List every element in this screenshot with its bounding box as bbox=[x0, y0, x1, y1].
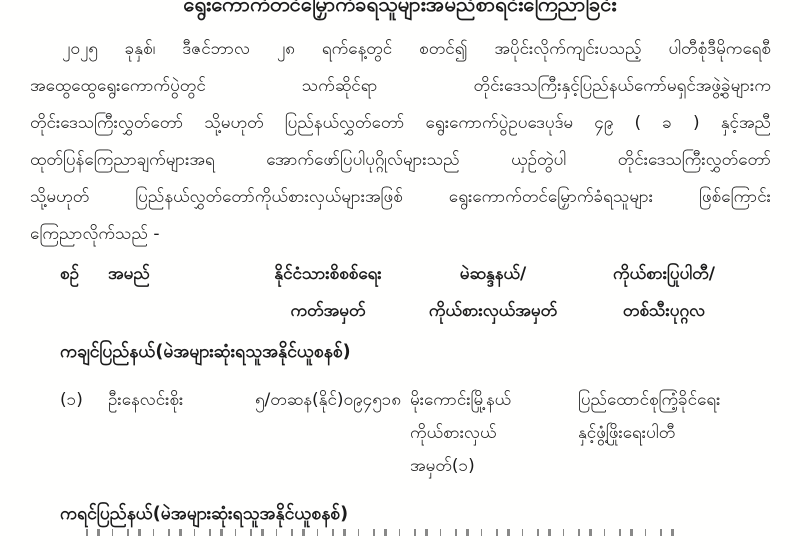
row-name: ဦးနေလင်းစိုး bbox=[108, 384, 248, 483]
announcement-paragraph: ၂၀၂၅ ခုနှစ်၊ ဒီဇင်ဘာလ ၂၈ ရက်နေ့တွင် စတင်… bbox=[30, 31, 771, 253]
row-nrc-number: ၅/တဆန(နိုင်)၀၉၄၅၁၈ bbox=[248, 384, 408, 483]
row-party-line1: ပြည်ထောင်စုကြံ့ခိုင်ရေး bbox=[578, 384, 750, 417]
row-no: (၁) bbox=[60, 384, 108, 483]
clipped-text-line bbox=[86, 529, 684, 536]
section-heading-kachin-state: ကချင်ပြည်နယ်(မဲအများဆုံးရသူအနိုင်ယူစနစ်) bbox=[60, 340, 351, 366]
row-party: ပြည်ထောင်စုကြံ့ခိုင်ရေး နှင့်ဖွံ့ဖြိုးရေ… bbox=[578, 384, 750, 483]
row-constituency-line1: မိုးကောင်းမြို့နယ် bbox=[410, 384, 578, 417]
document-page: ရွေးကောက်တင်မြှောက်ခံရသူများအမည်စာရင်းကြ… bbox=[0, 0, 800, 550]
header-no: စဉ် bbox=[60, 256, 108, 330]
header-nrc-line2: ကတ်အမှတ် bbox=[248, 293, 408, 330]
section-heading-kayin-state: ကရင်ပြည်နယ်(မဲအများဆုံးရသူအနိုင်ယူစနစ်) bbox=[60, 502, 348, 528]
header-party-line2: တစ်သီးပုဂ္ဂလ bbox=[578, 293, 750, 330]
header-constituency-line1: မဲဆန္ဒနယ်/ bbox=[408, 256, 578, 293]
header-party: ကိုယ်စားပြုပါတီ/ တစ်သီးပုဂ္ဂလ bbox=[578, 256, 750, 330]
header-constituency-line2: ကိုယ်စားလှယ်အမှတ် bbox=[408, 293, 578, 330]
header-nrc-line1: နိုင်ငံသားစိစစ်ရေး bbox=[248, 256, 408, 293]
document-title: ရွေးကောက်တင်မြှောက်ခံရသူများအမည်စာရင်းကြ… bbox=[0, 0, 800, 21]
row-constituency: မိုးကောင်းမြို့နယ် ကိုယ်စားလှယ် အမှတ်(၁) bbox=[408, 384, 578, 483]
header-nrc: နိုင်ငံသားစိစစ်ရေး ကတ်အမှတ် bbox=[248, 256, 408, 330]
paragraph-line: ကြေညာလိုက်သည် - bbox=[30, 216, 771, 253]
paragraph-line: သို့မဟုတ် ပြည်နယ်လွှတ်တော်ကိုယ်စားလှယ်မျ… bbox=[30, 179, 771, 216]
header-constituency: မဲဆန္ဒနယ်/ ကိုယ်စားလှယ်အမှတ် bbox=[408, 256, 578, 330]
paragraph-line: အထွေထွေရွေးကောက်ပွဲတွင် သက်ဆိုင်ရာ တိုင်… bbox=[30, 68, 771, 105]
table-row: (၁) ဦးနေလင်းစိုး ၅/တဆန(နိုင်)၀၉၄၅၁၈ မိုး… bbox=[60, 384, 750, 483]
row-constituency-line2: ကိုယ်စားလှယ် bbox=[410, 417, 578, 450]
header-name: အမည် bbox=[108, 256, 248, 330]
paragraph-line: ထုတ်ပြန်ကြေညာချက်များအရ အောက်ဖော်ပြပါပုဂ… bbox=[30, 142, 771, 179]
paragraph-line: ၂၀၂၅ ခုနှစ်၊ ဒီဇင်ဘာလ ၂၈ ရက်နေ့တွင် စတင်… bbox=[30, 31, 771, 68]
table-header-row: စဉ် အမည် နိုင်ငံသားစိစစ်ရေး ကတ်အမှတ် မဲဆ… bbox=[60, 256, 750, 330]
row-constituency-line3: အမှတ်(၁) bbox=[410, 450, 578, 483]
row-party-line2: နှင့်ဖွံ့ဖြိုးရေးပါတီ bbox=[578, 417, 750, 450]
header-party-line1: ကိုယ်စားပြုပါတီ/ bbox=[578, 256, 750, 293]
paragraph-line: တိုင်းဒေသကြီးလွှတ်တော် သို့မဟုတ် ပြည်နယ်… bbox=[30, 105, 771, 142]
